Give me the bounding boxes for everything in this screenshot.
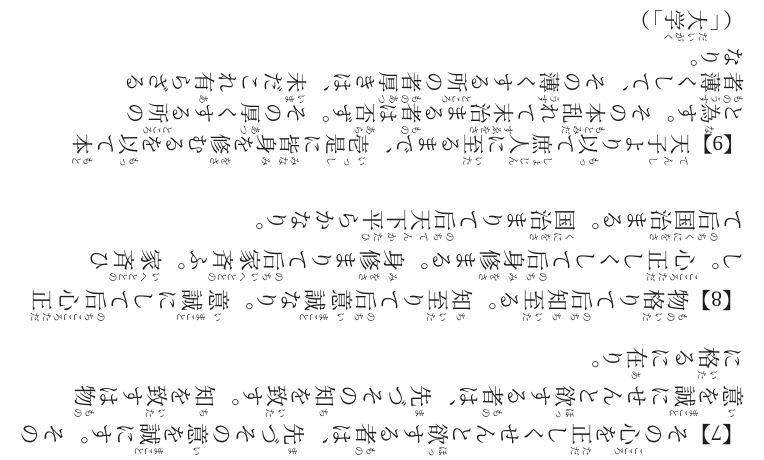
passage-8: 【8】物もの格いたりて后のち知ち至いたる。知ち至いたりて后のち意い誠まことなり。…: [4, 200, 744, 320]
text-column: 【8】物もの格いたりて后のち知ち至いたる。知ち至いたりて后のち意い誠まことなり。…: [4, 280, 744, 320]
text-column: 意いを誠まことにせんと欲ほっする者ものは、先まづその知ちを致いたす。知ちを致いた…: [4, 378, 744, 416]
passage-9: 【9】天子てんしより以もって庶人しょじんに至いたるまで、壱是いっしに皆みな身みを…: [4, 9, 744, 164]
text-column: 【9】天子てんしより以もって庶人しょじんに至いたるまで、壱是いっしに皆みな身みを…: [4, 133, 744, 164]
text-column: 【7】その心こころを正ただしくせんと欲ほっする者ものは、先まづその意いを誠まこと…: [4, 416, 744, 454]
passage-marker: 【9】: [692, 131, 745, 155]
passage-marker: 【7】: [689, 421, 744, 446]
passage-7: 【7】その心こころを正ただしくせんと欲ほっする者ものは、先まづその意いを誠まこと…: [4, 340, 744, 454]
passage-marker: 【8】: [689, 287, 744, 312]
text-column: に格いたるに在あり。: [4, 340, 744, 378]
citation-column: （「大学だいがく」）: [4, 9, 744, 40]
page-background: 【7】その心こころを正ただしくせんと欲ほっする者ものは、先まづその意いを誠まこと…: [0, 0, 764, 460]
text-column: て后のち国くに治をさまる。国くに治をさまりて后のち天下てんか平たひらかなり。: [4, 200, 744, 240]
text-column: し。心こころ正ただしくして后のち身み修をさまる。身み修をさまりて后のち家いへ斉と…: [4, 240, 744, 280]
document-page: 【7】その心こころを正ただしくせんと欲ほっする者ものは、先まづその意いを誠まこと…: [0, 0, 764, 460]
